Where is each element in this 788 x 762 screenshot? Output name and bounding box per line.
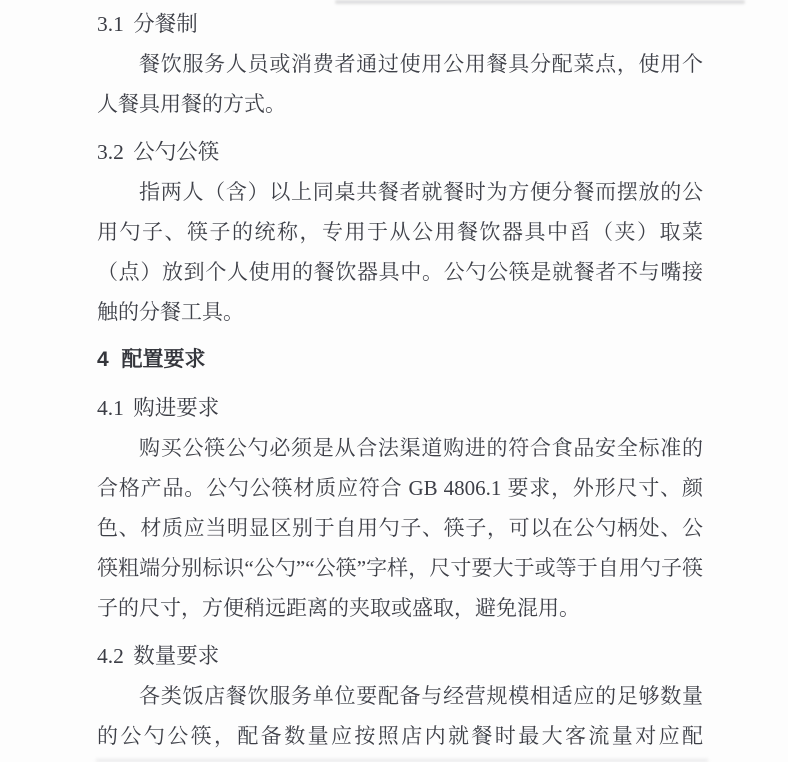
document-content: 3.1 分餐制 餐饮服务人员或消费者通过使用公用餐具分配菜点，使用个人餐具用餐的… — [97, 0, 703, 756]
paragraph-separate-dining-definition: 餐饮服务人员或消费者通过使用公用餐具分配菜点，使用个人餐具用餐的方式。 — [97, 44, 703, 124]
paragraph-purchase-requirements: 购买公筷公勺必须是从合法渠道购进的符合食品安全标准的合格产品。公勺公筷材质应符合… — [97, 428, 703, 628]
clause-heading-4-2-quantity-requirements: 4.2 数量要求 — [97, 636, 703, 676]
section-heading-4-configuration-requirements: 4 配置要求 — [97, 340, 703, 380]
paragraph-quantity-requirements-truncated: 各类饭店餐饮服务单位要配备与经营规模相适应的足够数量的公勺公筷，配备数量应按照店… — [97, 676, 703, 756]
clause-heading-4-1-purchase-requirements: 4.1 购进要求 — [97, 388, 703, 428]
scanned-document-page: 3.1 分餐制 餐饮服务人员或消费者通过使用公用餐具分配菜点，使用个人餐具用餐的… — [0, 0, 788, 762]
clause-heading-3-2-serving-utensils: 3.2 公勺公筷 — [97, 132, 703, 172]
paragraph-serving-utensils-definition: 指两人（含）以上同桌共餐者就餐时为方便分餐而摆放的公用勺子、筷子的统称，专用于从… — [97, 172, 703, 332]
clause-heading-3-1-separate-dining: 3.1 分餐制 — [97, 4, 703, 44]
